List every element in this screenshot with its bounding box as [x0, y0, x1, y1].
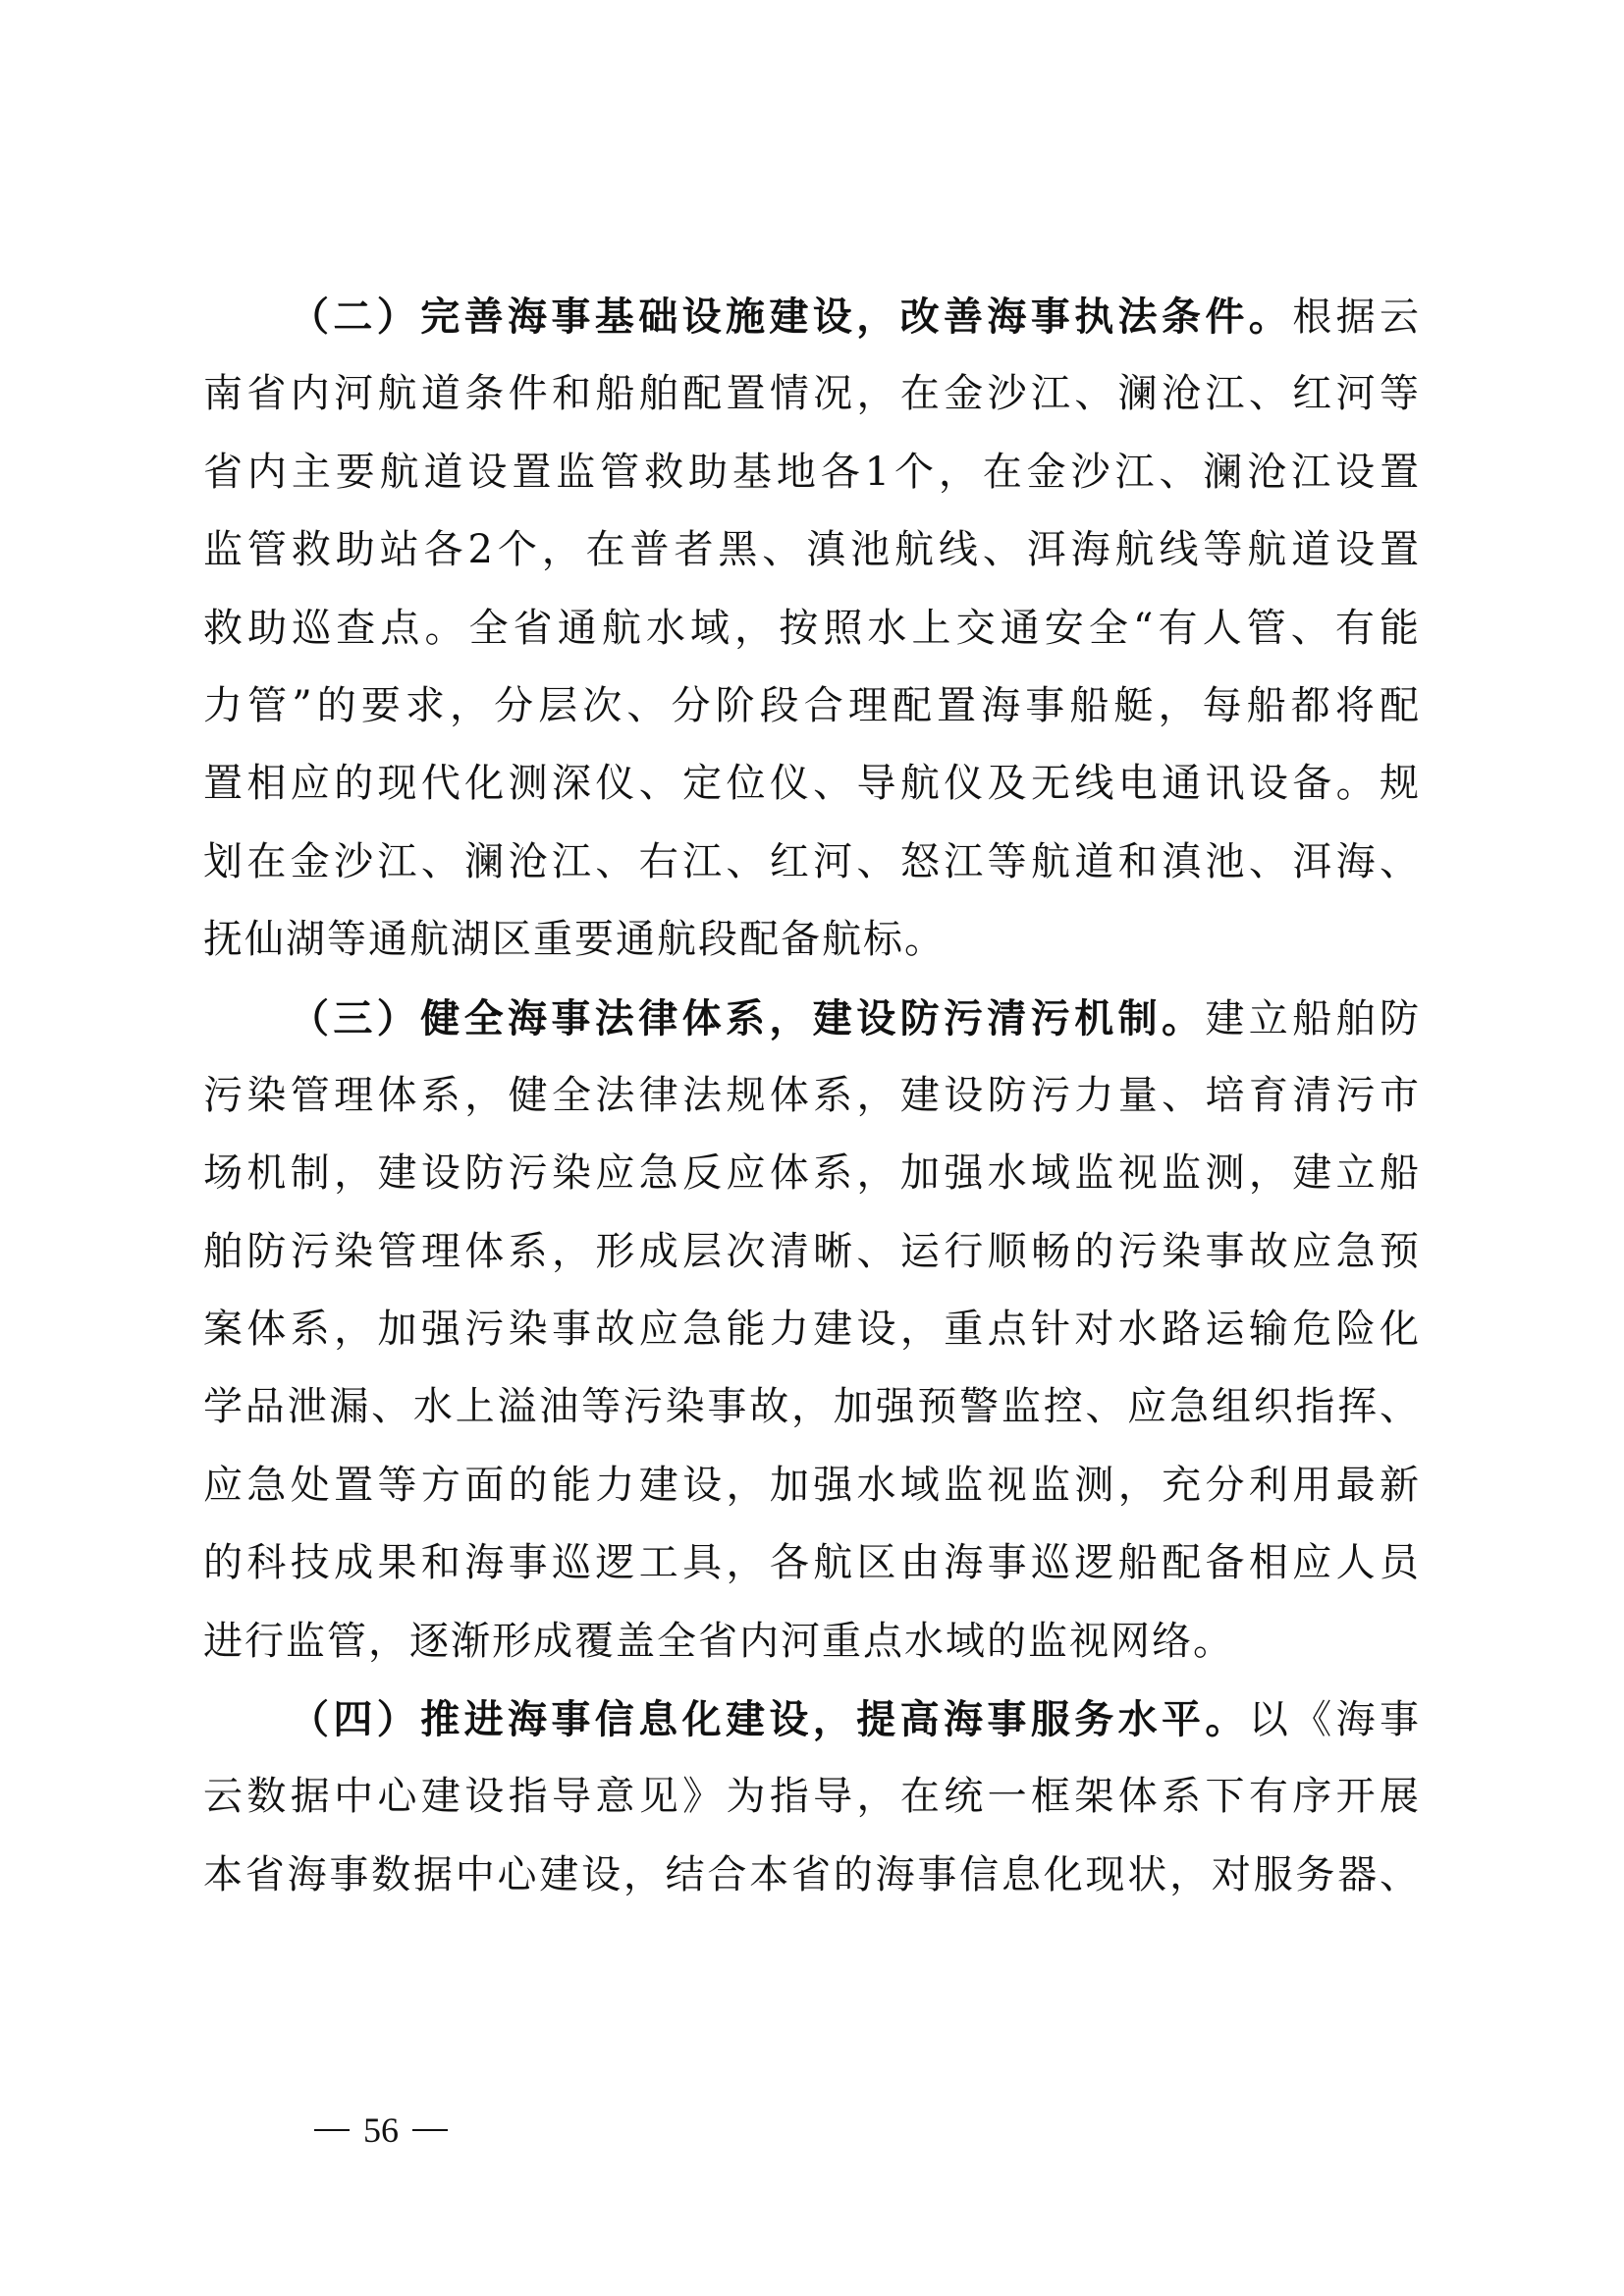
paragraph-line: 学品泄漏、水上溢油等污染事故，加强预警监控、应急组织指挥、 — [203, 1368, 1421, 1446]
paragraph-line: 进行监管，逐渐形成覆盖全省内河重点水域的监视网络。 — [203, 1603, 1421, 1681]
paragraph-line: 舶防污染管理体系，形成层次清晰、运行顺畅的污染事故应急预 — [203, 1213, 1421, 1291]
line-text: 以《海事 — [1249, 1697, 1421, 1742]
paragraph-line: 监管救助站各2个，在普者黑、滇池航线、洱海航线等航道设置 — [203, 511, 1421, 589]
section-heading: （二）完善海事基础设施建设，改善海事执法条件。 — [290, 294, 1292, 340]
paragraph-line: 本省海事数据中心建设，结合本省的海事信息化现状，对服务器、 — [203, 1837, 1421, 1914]
paragraph-line: （二）完善海事基础设施建设，改善海事执法条件。根据云 — [203, 278, 1421, 355]
paragraph-line: 力管”的要求，分层次、分阶段合理配置海事船艇，每船都将配 — [203, 667, 1421, 745]
paragraph-line: 应急处置等方面的能力建设，加强水域监视监测，充分利用最新 — [203, 1447, 1421, 1524]
paragraph-line: 救助巡查点。全省通航水域，按照水上交通安全“有人管、有能 — [203, 590, 1421, 667]
paragraph-line: 云数据中心建设指导意见》为指导，在统一框架体系下有序开展 — [203, 1758, 1421, 1836]
paragraph-line: 的科技成果和海事巡逻工具，各航区由海事巡逻船配备相应人员 — [203, 1524, 1421, 1602]
paragraph-line: （四）推进海事信息化建设，提高海事服务水平。以《海事 — [203, 1681, 1421, 1758]
paragraph-line: 污染管理体系，健全法律法规体系，建设防污力量、培育清污市 — [203, 1057, 1421, 1135]
paragraph-line: （三）健全海事法律体系，建设防污清污机制。建立船舶防 — [203, 980, 1421, 1057]
paragraph-line: 场机制，建设防污染应急反应体系，加强水域监视监测，建立船 — [203, 1135, 1421, 1212]
paragraph-line: 置相应的现代化测深仪、定位仪、导航仪及无线电通讯设备。规 — [203, 745, 1421, 823]
dash-right — [412, 2129, 448, 2131]
line-text: 根据云 — [1292, 294, 1421, 340]
paragraph-line: 案体系，加强污染事故应急能力建设，重点针对水路运输危险化 — [203, 1291, 1421, 1368]
dash-left — [314, 2129, 350, 2131]
section-heading: （三）健全海事法律体系，建设防污清污机制。 — [290, 995, 1205, 1041]
body-text: （二）完善海事基础设施建设，改善海事执法条件。根据云 南省内河航道条件和船舶配置… — [203, 278, 1421, 1914]
page-number-value: 56 — [363, 2107, 399, 2154]
section-heading: （四）推进海事信息化建设，提高海事服务水平。 — [290, 1696, 1249, 1742]
paragraph-line: 省内主要航道设置监管救助基地各1个，在金沙江、澜沧江设置 — [203, 434, 1421, 511]
paragraph-line: 南省内河航道条件和船舶配置情况，在金沙江、澜沧江、红河等 — [203, 355, 1421, 433]
page-number: 56 — [314, 2107, 448, 2154]
line-text: 建立船舶防 — [1205, 996, 1421, 1041]
document-page: （二）完善海事基础设施建设，改善海事执法条件。根据云 南省内河航道条件和船舶配置… — [0, 0, 1624, 2296]
paragraph-line: 划在金沙江、澜沧江、右江、红河、怒江等航道和滇池、洱海、 — [203, 824, 1421, 901]
paragraph-line: 抚仙湖等通航湖区重要通航段配备航标。 — [203, 901, 1421, 979]
